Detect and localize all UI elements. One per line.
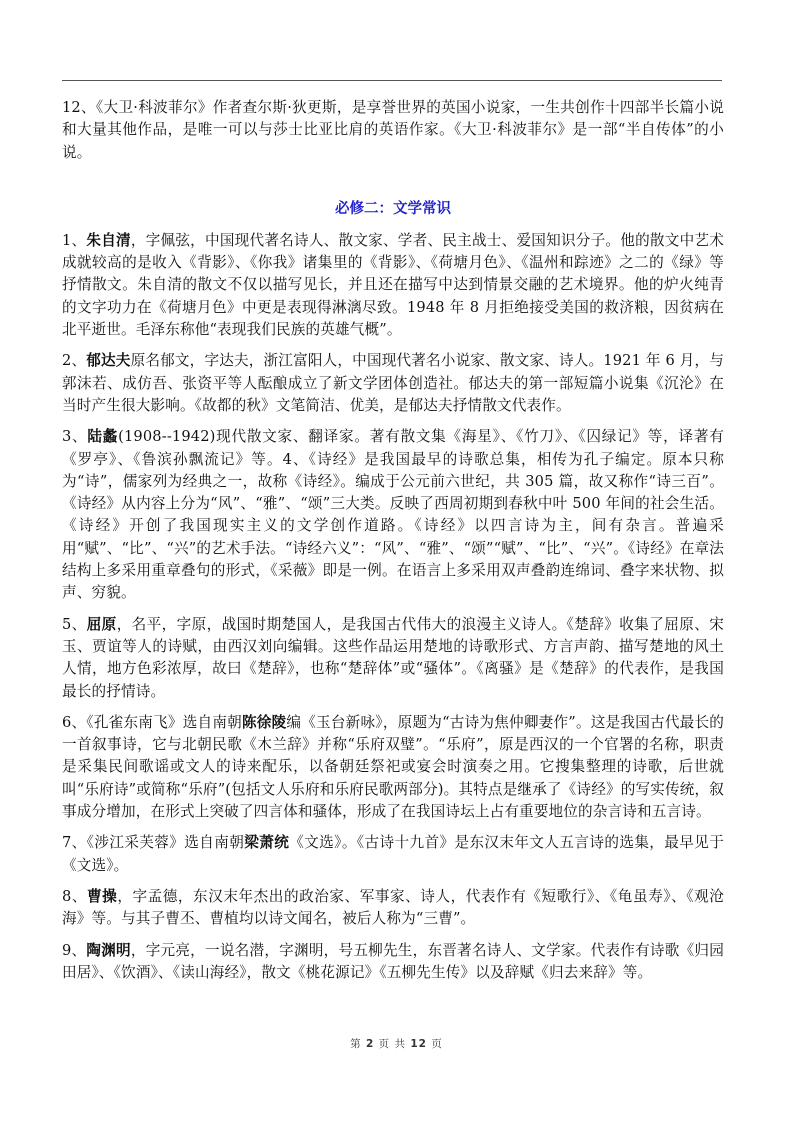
item-text: 原名郁文，字达夫，浙江富阳人，中国现代著名小说家、散文家、诗人。1921 年 6… — [62, 352, 724, 414]
item-prefix: 7、《涉江采芙蓉》选自南朝 — [62, 834, 244, 851]
header-rule — [62, 80, 722, 81]
item-text: ，字元亮，一说名潜，字渊明，号五柳先生，东晋著名诗人、文学家。代表作有诗歌《归园… — [62, 942, 724, 981]
paragraph-item-5: 5、屈原，名平，字原，战国时期楚国人，是我国古代伟大的浪漫主义诗人。《楚辞》收集… — [62, 614, 724, 703]
item-text: ，字孟德，东汉末年杰出的政治家、军事家、诗人，代表作有《短歌行》、《龟虽寿》、《… — [62, 888, 724, 927]
total-pages-number: 12 — [410, 1038, 427, 1050]
item-author-name: 曹操 — [87, 888, 117, 905]
paragraph-item-9: 9、陶渊明，字元亮，一说名潜，字渊明，号五柳先生，东晋著名诗人、文学家。代表作有… — [62, 940, 724, 985]
item-prefix: 6、《孔雀东南飞》选自南朝 — [62, 714, 242, 731]
paragraph-item-12: 12、《大卫·科波菲尔》作者查尔斯·狄更斯，是享誉世界的英国小说家，一生共创作十… — [62, 97, 724, 164]
paragraph-item-6: 6、《孔雀东南飞》选自南朝陈徐陵编《玉台新咏》，原题为“古诗为焦仲卿妻作”。这是… — [62, 712, 724, 823]
item-prefix: 1、 — [62, 232, 86, 249]
item-text: ，字佩弦，中国现代著名诗人、散文家、学者、民主战士、爱国知识分子。他的散文中艺术… — [62, 232, 724, 338]
document-body: 12、《大卫·科波菲尔》作者查尔斯·狄更斯，是享誉世界的英国小说家，一生共创作十… — [62, 97, 724, 993]
paragraph-text: 12、《大卫·科波菲尔》作者查尔斯·狄更斯，是享誉世界的英国小说家，一生共创作十… — [62, 99, 724, 161]
current-page-number: 2 — [366, 1038, 374, 1050]
section-title: 必修二：文学常识 — [62, 198, 724, 220]
paragraph-item-8: 8、曹操，字孟德，东汉末年杰出的政治家、军事家、诗人，代表作有《短歌行》、《龟虽… — [62, 886, 724, 931]
item-author-name: 梁萧统 — [244, 834, 289, 851]
paragraph-item-3: 3、陆蠡(1908--1942)现代散文家、翻译家。著有散文集《海星》、《竹刀》… — [62, 426, 724, 604]
page-footer: 第 2 页 共 12 页 — [0, 1036, 793, 1051]
footer-label: 第 — [350, 1038, 362, 1050]
footer-label: 页 共 — [379, 1038, 406, 1050]
paragraph-item-1: 1、朱自清，字佩弦，中国现代著名诗人、散文家、学者、民主战士、爱国知识分子。他的… — [62, 230, 724, 341]
item-author-name: 郁达夫 — [86, 352, 130, 369]
item-author-name: 陶渊明 — [86, 942, 131, 959]
item-prefix: 5、 — [62, 616, 87, 633]
item-prefix: 2、 — [62, 352, 86, 369]
paragraph-item-2: 2、郁达夫原名郁文，字达夫，浙江富阳人，中国现代著名小说家、散文家、诗人。192… — [62, 350, 724, 417]
item-prefix: 9、 — [62, 942, 86, 959]
item-author-name: 陆蠡 — [87, 428, 118, 445]
item-prefix: 8、 — [62, 888, 87, 905]
item-author-name: 陈徐陵 — [242, 714, 286, 731]
footer-label: 页 — [431, 1038, 443, 1050]
item-prefix: 3、 — [62, 428, 87, 445]
item-author-name: 朱自清 — [86, 232, 131, 249]
item-text: (1908--1942)现代散文家、翻译家。著有散文集《海星》、《竹刀》、《囚绿… — [62, 428, 724, 601]
item-text: ，名平，字原，战国时期楚国人，是我国古代伟大的浪漫主义诗人。《楚辞》收集了屈原、… — [62, 616, 724, 700]
paragraph-item-7: 7、《涉江采芙蓉》选自南朝梁萧统《文选》。《古诗十九首》是东汉末年文人五言诗的选… — [62, 832, 724, 877]
item-author-name: 屈原 — [87, 616, 117, 633]
